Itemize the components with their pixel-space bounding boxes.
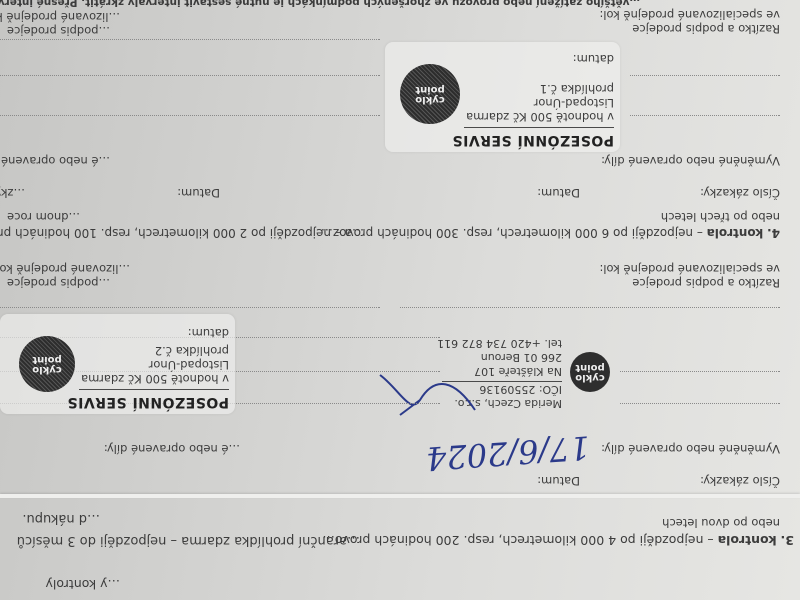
left-check-line: …a – nejpozději po 2 000 kilometrech, re… <box>0 226 364 240</box>
check-4-stamp-label-2: ve specializované prodejně kol: <box>599 8 780 22</box>
cyklo-point-stamp-icon: cyklo point <box>400 64 460 124</box>
column-divider <box>0 494 800 498</box>
check-4-left-stamp-label: …podpis prodejce <box>7 24 110 38</box>
handwritten-date: 17/6/2024 <box>425 428 591 477</box>
service-booklet-page: …y kontroly …aranční prohlídka zdarma – … <box>0 0 800 600</box>
check-3-date-label: Datum: <box>537 474 580 488</box>
check-3-stamp-label-2: ve specializované prodejně kol: <box>599 262 780 276</box>
check-4-parts-label: Vyměněné nebo opravené díly: <box>601 154 780 168</box>
seasonal-service-card: POSEZÓNNÍ SERVIS v hodnotě 500 Kč zdarma… <box>385 42 620 152</box>
signature <box>370 370 480 420</box>
dealer-ico: IČO: 25509136 <box>479 383 562 396</box>
check-4-stamp-label: Razítko a podpis prodejce <box>632 22 780 36</box>
check-3-left-stamp-label-2: …lizované prodejně kol: <box>0 262 130 276</box>
dotted-line <box>620 403 780 404</box>
check-3-subline: nebo po dvou letech <box>662 516 780 530</box>
seasonal-card-title: POSEZÓNNÍ SERVIS <box>452 132 614 148</box>
check-3-heading: 3. kontrola – nejpozději po 4 000 kilome… <box>322 533 794 548</box>
dotted-line <box>0 75 380 76</box>
cyklo-point-stamp-icon: cyklo point <box>19 336 75 392</box>
seasonal-card-inspection: prohlídka č.2 <box>155 344 229 358</box>
seasonal-card-period: Listopad-Únor <box>534 96 614 110</box>
dotted-line <box>630 75 780 76</box>
card-rule <box>79 389 229 390</box>
dotted-line <box>620 371 780 372</box>
check-4-left-stamp-label-2: …lizované prodejně kol: <box>0 10 120 24</box>
dotted-line <box>0 39 380 40</box>
seasonal-card-value: v hodnotě 500 Kč zdarma <box>466 110 614 124</box>
seasonal-card-value: v hodnotě 500 Kč zdarma <box>81 372 229 386</box>
dealer-phone: tel. +420 734 872 611 <box>437 337 562 350</box>
warranty-line: …aranční prohlídka zdarma – nejpozději d… <box>17 533 360 548</box>
check-4-left-parts-label: …é nebo opravené díly: <box>0 154 110 168</box>
dotted-line <box>0 307 380 308</box>
card-rule <box>464 127 614 128</box>
dealer-street: Na Klášteře 107 <box>474 365 562 378</box>
check-3-parts-label: Vyměněné nebo opravené díly: <box>601 442 780 456</box>
cyklo-point-logo-icon: cyklo point <box>570 352 610 392</box>
seasonal-card-period: Listopad-Únor <box>149 358 229 372</box>
dotted-line <box>0 115 380 116</box>
check-3-order-label: Číslo zákazky: <box>700 474 780 488</box>
footer-note: …většího zatížení nebo provozu ve zhorše… <box>0 0 640 8</box>
check-4-order-label: Číslo zákazky: <box>700 186 780 200</box>
dealer-city: 266 01 Beroun <box>481 351 562 364</box>
check-3-left-parts-label: …é nebo opravené díly: <box>104 442 240 456</box>
left-date-label: Datum: <box>177 186 220 200</box>
seasonal-card-inspection: prohlídka č.1 <box>540 82 614 96</box>
check-4-subline: nebo po třech letech <box>661 210 780 224</box>
purchase-line: …d nákupu. <box>22 511 100 526</box>
check-4-date-label: Datum: <box>537 186 580 200</box>
dotted-line <box>630 115 780 116</box>
section-title-fragment: …y kontroly <box>45 577 120 592</box>
check-3-stamp-label: Razítko a podpis prodejce <box>632 276 780 290</box>
seasonal-card-date-label: datum: <box>188 326 229 340</box>
left-check-subline: …dnom roce <box>7 210 80 224</box>
left-order-label: …zky: <box>0 186 25 200</box>
seasonal-card-title: POSEZÓNNÍ SERVIS <box>67 394 229 410</box>
check-4-heading: 4. kontrola – nejpozději po 6 000 kilome… <box>321 226 780 240</box>
check-3-left-stamp-label: …podpis prodejce <box>7 276 110 290</box>
seasonal-card-date-label: datum: <box>573 52 614 66</box>
dotted-line <box>400 307 780 308</box>
seasonal-service-card: POSEZÓNNÍ SERVIS v hodnotě 500 Kč zdarma… <box>0 314 235 414</box>
